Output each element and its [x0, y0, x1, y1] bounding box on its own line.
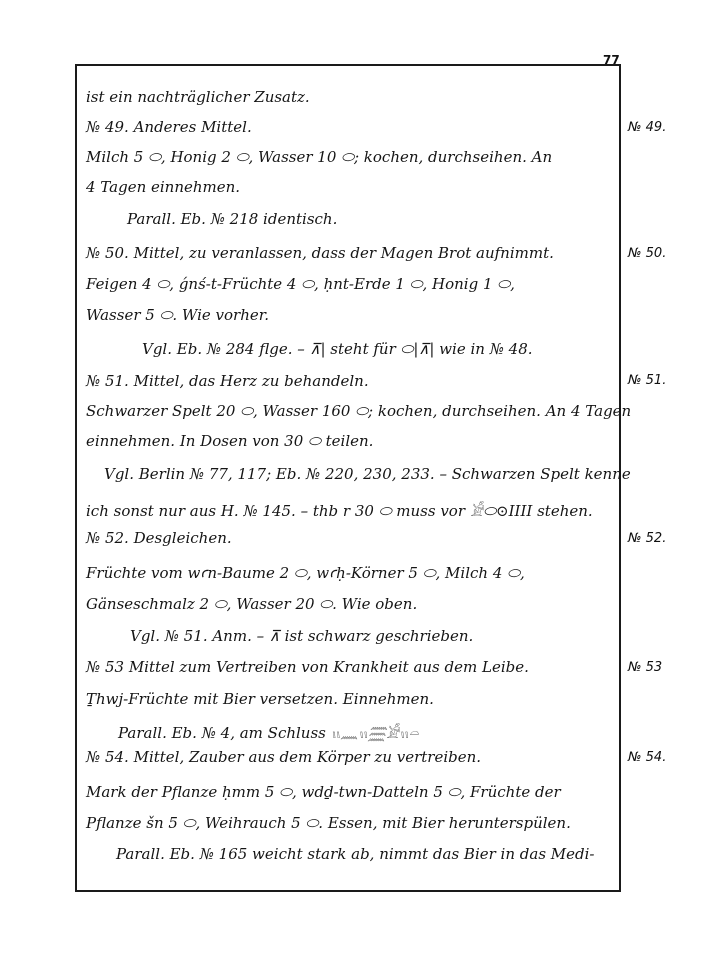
text-line: Ṯhwj-Früchte mit Bier versetzen. Einnehm… — [86, 690, 434, 708]
text-line: Mark der Pflanze ḥmm 5 ⬭, wdḏ-twn-Dattel… — [86, 783, 561, 801]
text-line: einnehmen. In Dosen von 30 ⬭ teilen. — [86, 432, 373, 450]
annotation-line: Parall. Eb. № 218 identisch. — [127, 210, 337, 228]
recipe-heading: № 52. Desgleichen. — [86, 529, 232, 547]
margin-recipe-number: № 51. — [628, 373, 666, 388]
text-line: Pflanze šn 5 ⬭, Weihrauch 5 ⬭. Essen, mi… — [86, 814, 571, 832]
text-line: Wasser 5 ⬭. Wie vorher. — [86, 306, 269, 324]
recipe-heading: № 49. Anderes Mittel. — [86, 118, 252, 136]
margin-recipe-number: № 52. — [628, 531, 666, 546]
text-line: Milch 5 ⬭, Honig 2 ⬭, Wasser 10 ⬭; koche… — [86, 148, 552, 166]
margin-recipe-number: № 54. — [628, 750, 666, 765]
margin-recipe-number: № 53 — [628, 660, 662, 675]
text-line: ist ein nachträglicher Zusatz. — [86, 88, 310, 106]
recipe-heading: № 53 Mittel zum Vertreiben von Krankheit… — [86, 658, 529, 676]
annotation-line: Vgl. Eb. № 284 flge. – ⊼| steht für ⬭|⊼|… — [142, 340, 533, 358]
recipe-heading: № 51. Mittel, das Herz zu behandeln. — [86, 372, 369, 390]
recipe-heading: № 54. Mittel, Zauber aus dem Körper zu v… — [86, 748, 481, 766]
annotation-line: Parall. Eb. № 165 weicht stark ab, nimmt… — [116, 845, 595, 863]
text-line: Schwarzer Spelt 20 ⬭, Wasser 160 ⬭; koch… — [86, 402, 631, 420]
text-line: Früchte vom wꜥn-Baume 2 ⬭, wꜥḥ-Körner 5 … — [86, 564, 525, 582]
margin-recipe-number: № 50. — [628, 246, 666, 261]
annotation-line: Parall. Eb. № 4, am Schluss 𓏭𓈖𓏭𓈗𓀀𓏭𓏏 — [118, 718, 418, 743]
text-line: ich sonst nur aus H. № 145. – thb r 30 ⬭… — [86, 496, 593, 521]
annotation-line: Vgl. № 51. Anm. – ⊼ ist schwarz geschrie… — [130, 627, 473, 645]
text-line: Feigen 4 ⬭, ǵnś-t-Früchte 4 ⬭, ḥnt-Erde … — [86, 275, 515, 293]
margin-recipe-number: № 49. — [628, 120, 666, 135]
recipe-heading: № 50. Mittel, zu veranlassen, dass der M… — [86, 244, 554, 262]
text-line: 4 Tagen einnehmen. — [86, 178, 240, 196]
annotation-line: Vgl. Berlin № 77, 117; Eb. № 220, 230, 2… — [104, 465, 631, 483]
text-line: Gänseschmalz 2 ⬭, Wasser 20 ⬭. Wie oben. — [86, 595, 417, 613]
